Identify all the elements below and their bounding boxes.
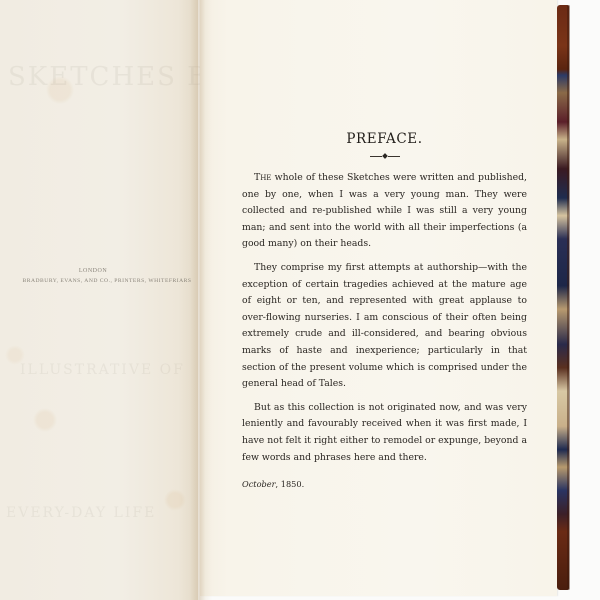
marbled-cover-edge bbox=[557, 5, 569, 590]
paragraph-text: whole of these Sketches were written and… bbox=[242, 172, 527, 249]
paragraph-text: They comprise my first attempts at autho… bbox=[242, 262, 527, 389]
left-page: SKETCHES BY BOZ ILLUSTRATIVE OF EVERY-DA… bbox=[0, 0, 198, 600]
date-line: October, 1850. bbox=[242, 476, 527, 493]
paragraph-3: But as this collection is not originated… bbox=[242, 400, 527, 466]
ornament-divider-icon bbox=[242, 152, 527, 160]
page-title: PREFACE. bbox=[242, 130, 527, 148]
paragraph-2: They comprise my first attempts at autho… bbox=[242, 260, 527, 393]
show-through-text: EVERY-DAY LIFE bbox=[6, 505, 156, 521]
date-month: October bbox=[242, 479, 276, 489]
date-year: , 1850. bbox=[276, 479, 305, 489]
preface-text: PREFACE. The whole of these Sketches wer… bbox=[242, 130, 527, 493]
drop-lead: The bbox=[254, 172, 271, 183]
paragraph-1: The whole of these Sketches were written… bbox=[242, 170, 527, 253]
paragraph-text: But as this collection is not originated… bbox=[242, 402, 527, 463]
imprint-city: LONDON bbox=[0, 268, 192, 274]
book-gutter bbox=[190, 0, 212, 600]
show-through-text: ILLUSTRATIVE OF bbox=[20, 362, 185, 378]
imprint-printer: BRADBURY, EVANS, AND CO., PRINTERS, WHIT… bbox=[8, 278, 206, 284]
